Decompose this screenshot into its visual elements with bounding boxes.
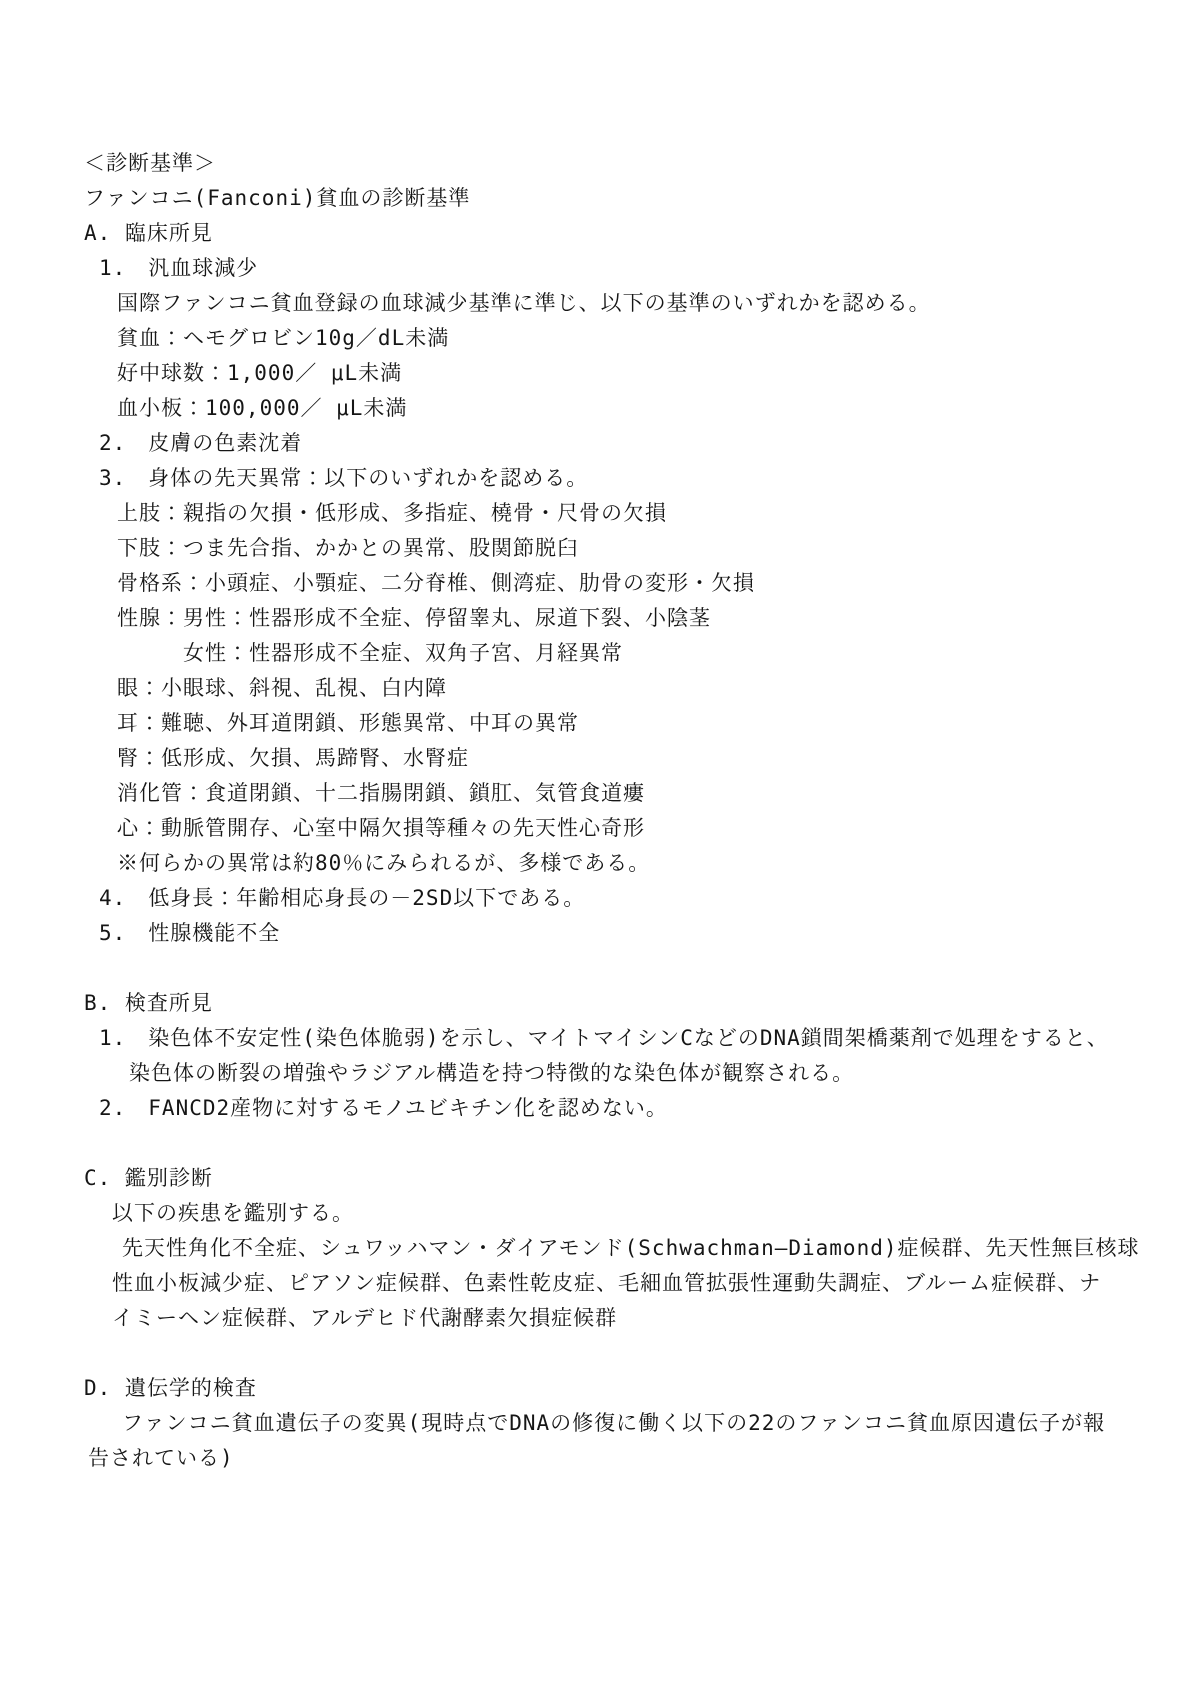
text-line: 2. 皮膚の色素沈着 <box>99 426 1181 461</box>
document-body: ＜診断基準＞ファンコニ(Fanconi)貧血の診断基準A. 臨床所見1. 汎血球… <box>0 146 1181 1476</box>
text-line: B. 検査所見 <box>84 986 1181 1021</box>
text-line: ＜診断基準＞ <box>84 146 1181 181</box>
text-line: 4. 低身長：年齢相応身長の－2SD以下である。 <box>99 881 1181 916</box>
text-line: 先天性角化不全症、シュワッハマン・ダイアモンド(Schwachman—Diamo… <box>122 1231 1181 1266</box>
text-line: ※何らかの異常は約80％にみられるが、多様である。 <box>117 846 1181 881</box>
text-line: 上肢：親指の欠損・低形成、多指症、橈骨・尺骨の欠損 <box>117 496 1181 531</box>
text-line: 好中球数：1,000／ μL未満 <box>117 356 1181 391</box>
text-line: 腎：低形成、欠損、馬蹄腎、水腎症 <box>117 741 1181 776</box>
text-line: 5. 性腺機能不全 <box>99 916 1181 951</box>
text-line: 骨格系：小頭症、小顎症、二分脊椎、側湾症、肋骨の変形・欠損 <box>117 566 1181 601</box>
text-line: 消化管：食道閉鎖、十二指腸閉鎖、鎖肛、気管食道瘻 <box>117 776 1181 811</box>
text-line: 女性：性器形成不全症、双角子宮、月経異常 <box>117 636 1181 671</box>
text-line: 下肢：つま先合指、かかとの異常、股関節脱臼 <box>117 531 1181 566</box>
blank-line <box>84 951 1181 986</box>
text-line: 耳：難聴、外耳道閉鎖、形態異常、中耳の異常 <box>117 706 1181 741</box>
document-page: ＜診断基準＞ファンコニ(Fanconi)貧血の診断基準A. 臨床所見1. 汎血球… <box>0 0 1181 1695</box>
blank-line <box>84 1336 1181 1371</box>
text-line: C. 鑑別診断 <box>84 1161 1181 1196</box>
text-line: 以下の疾患を鑑別する。 <box>112 1196 1181 1231</box>
text-line: ファンコニ貧血遺伝子の変異(現時点でDNAの修復に働く以下の22のファンコニ貧血… <box>122 1406 1181 1441</box>
text-line: 性血小板減少症、ピアソン症候群、色素性乾皮症、毛細血管拡張性運動失調症、ブルーム… <box>112 1266 1181 1301</box>
text-line: 染色体の断裂の増強やラジアル構造を持つ特徴的な染色体が観察される。 <box>129 1056 1181 1091</box>
text-line: A. 臨床所見 <box>84 216 1181 251</box>
text-line: 血小板：100,000／ μL未満 <box>117 391 1181 426</box>
text-line: D. 遺伝学的検査 <box>84 1371 1181 1406</box>
text-line: 2. FANCD2産物に対するモノユビキチン化を認めない。 <box>99 1091 1181 1126</box>
text-line: 1. 染色体不安定性(染色体脆弱)を示し、マイトマイシンCなどのDNA鎖間架橋薬… <box>99 1021 1181 1056</box>
text-line: 眼：小眼球、斜視、乱視、白内障 <box>117 671 1181 706</box>
text-line: ファンコニ(Fanconi)貧血の診断基準 <box>84 181 1181 216</box>
text-line: 心：動脈管開存、心室中隔欠損等種々の先天性心奇形 <box>117 811 1181 846</box>
text-line: 3. 身体の先天異常：以下のいずれかを認める。 <box>99 461 1181 496</box>
text-line: 性腺：男性：性器形成不全症、停留睾丸、尿道下裂、小陰茎 <box>117 601 1181 636</box>
text-line: 1. 汎血球減少 <box>99 251 1181 286</box>
text-line: イミーヘン症候群、アルデヒド代謝酵素欠損症候群 <box>112 1301 1181 1336</box>
text-line: 貧血：ヘモグロビン10g／dL未満 <box>117 321 1181 356</box>
blank-line <box>84 1126 1181 1161</box>
text-line: 告されている) <box>88 1441 1181 1476</box>
text-line: 国際ファンコニ貧血登録の血球減少基準に準じ、以下の基準のいずれかを認める。 <box>117 286 1181 321</box>
